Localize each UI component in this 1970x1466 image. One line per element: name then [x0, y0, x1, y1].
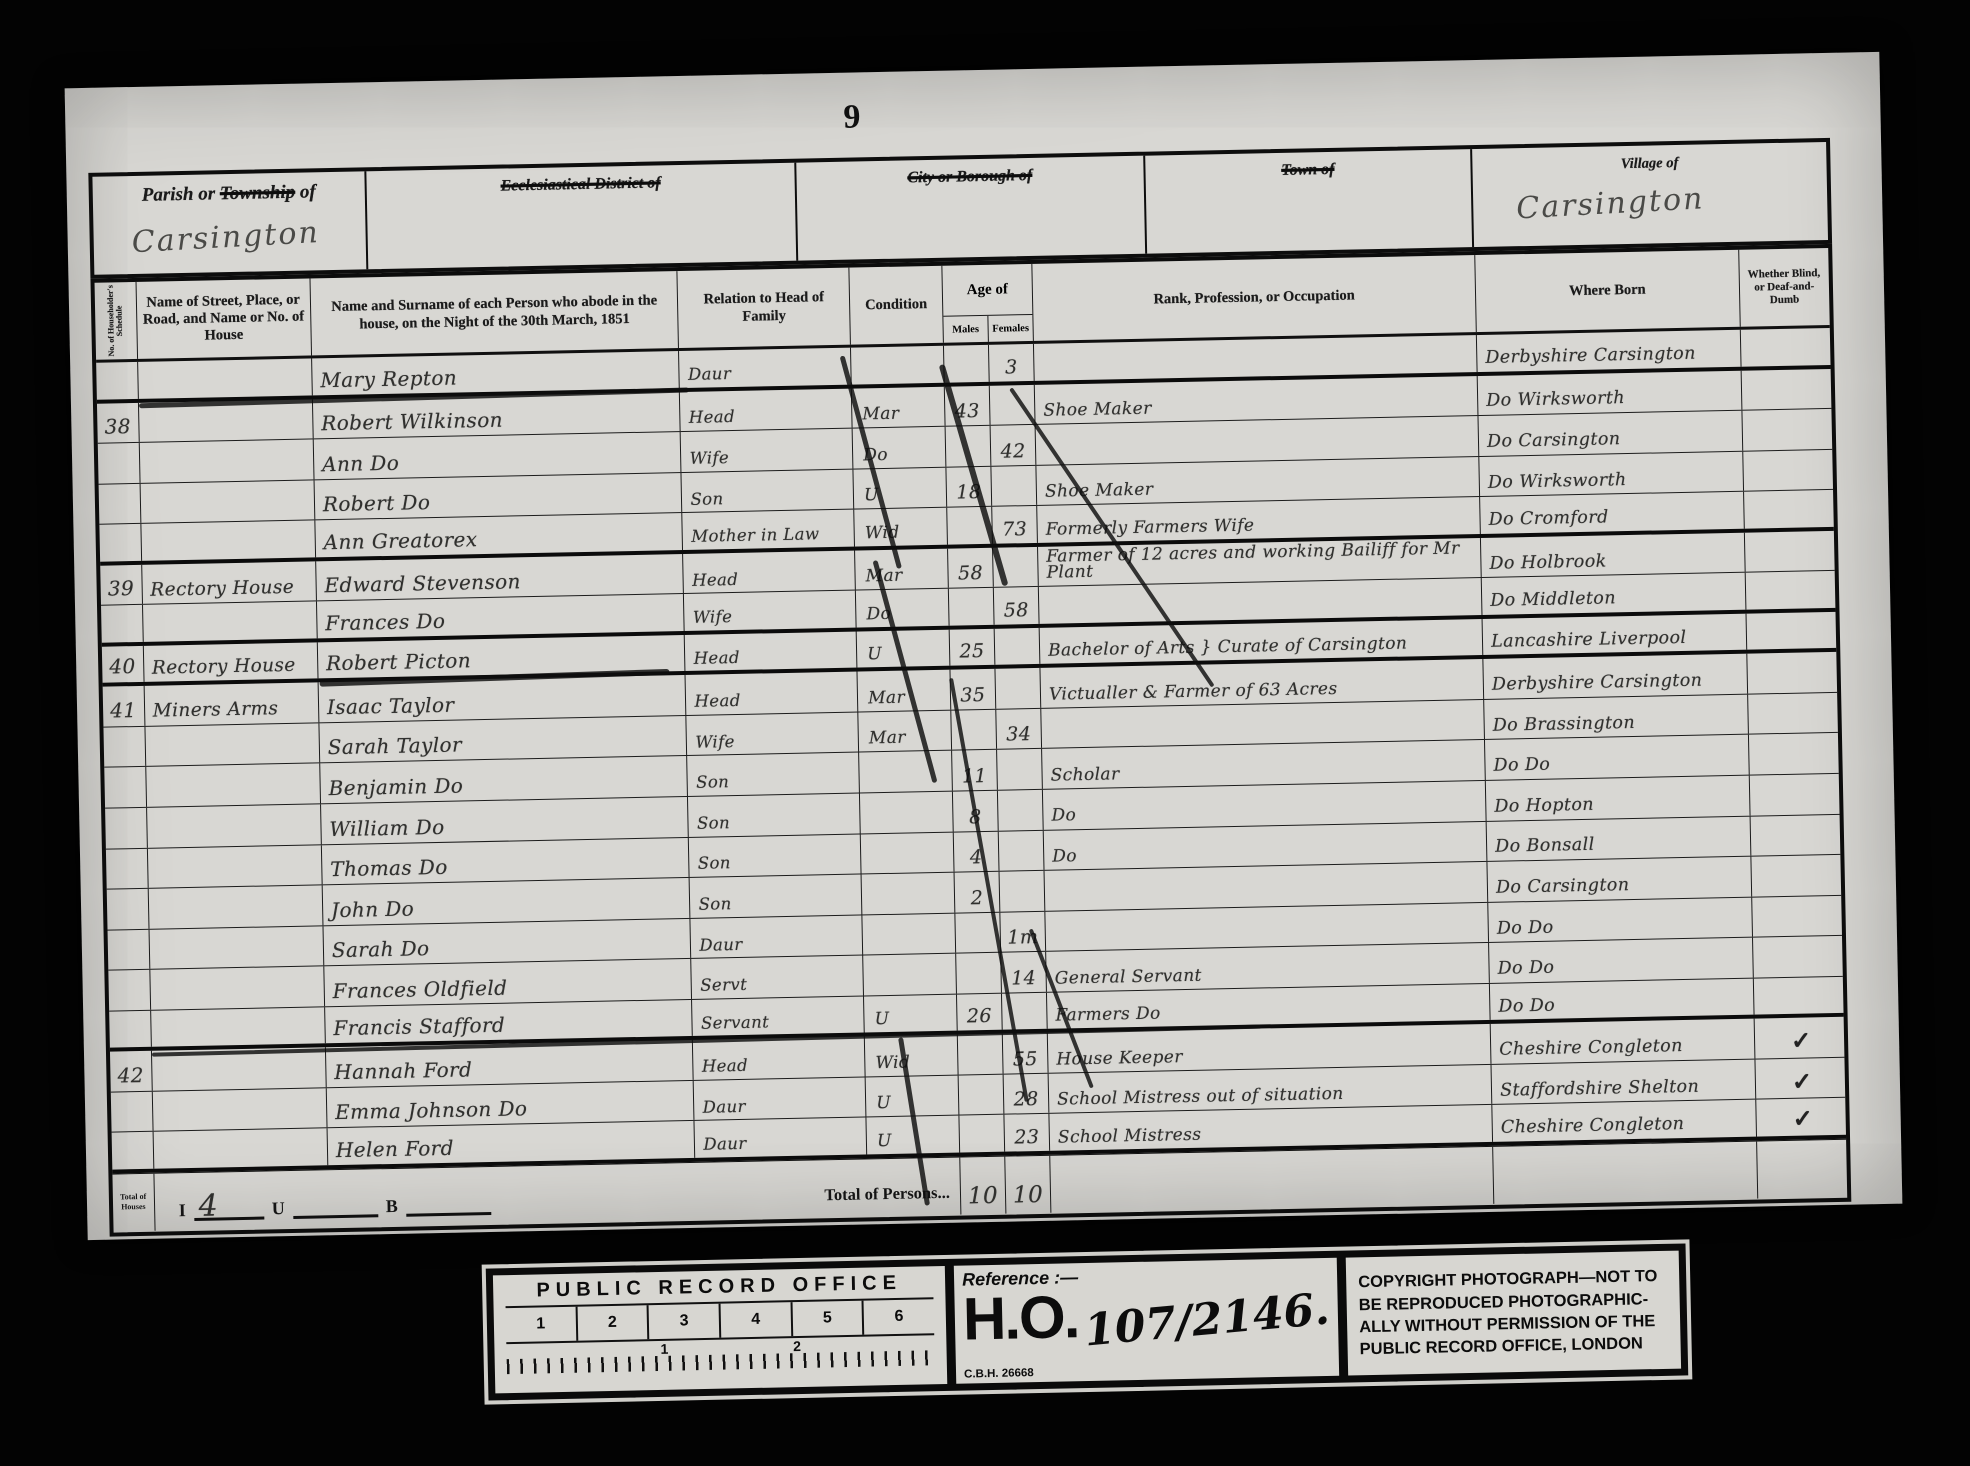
cell-condition: Do: [856, 589, 949, 627]
cell-where-born: Do Middleton: [1482, 573, 1746, 615]
cell-schedule-number: [101, 605, 143, 642]
cell-occupation: Farmers Do: [1047, 984, 1491, 1029]
cell-occupation: Formerly Farmers Wife: [1037, 497, 1481, 542]
total-males-cell: 10: [960, 1157, 1006, 1215]
cell-schedule-number: 40: [102, 646, 144, 683]
cell-condition: Mar: [852, 386, 946, 427]
cell-person-name: Emma Johnson Do: [327, 1081, 695, 1128]
cell-street-or-house: [151, 1007, 326, 1047]
column-header-name: Name and Surname of each Person who abod…: [310, 271, 679, 355]
cell-schedule-number: [112, 1132, 154, 1169]
cell-person-name: John Do: [323, 878, 691, 925]
cell-schedule-number: 41: [103, 686, 145, 726]
cell-occupation: [1039, 578, 1483, 623]
cell-condition: Wid: [865, 1035, 959, 1076]
cell-condition: Mar: [858, 711, 952, 752]
total-females-cell: 10: [1005, 1156, 1051, 1214]
cell-relation-to-head: Servt: [692, 956, 864, 999]
cell-street-or-house: [148, 885, 323, 928]
cell-relation-to-head: Mother in Law: [683, 510, 855, 550]
town-label: Town of: [1281, 161, 1335, 179]
cell-condition: [862, 873, 956, 914]
cell-age-male: 26: [957, 993, 1003, 1030]
ruler-inch-number: 1: [660, 1341, 668, 1357]
cell-person-name: Robert Do: [314, 473, 682, 520]
cell-schedule-number: [103, 727, 145, 767]
cell-condition: [861, 832, 955, 873]
cell-where-born: Do Do: [1490, 978, 1754, 1020]
cell-schedule-number: [108, 929, 150, 969]
total-females-value: 10: [1013, 1185, 1044, 1207]
cell-person-name: Frances Oldfield: [324, 959, 692, 1006]
cell-where-born: Do Do: [1488, 897, 1752, 942]
reference-box: Reference :— H.O. 107/2146. C.B.H. 26668: [954, 1258, 1339, 1384]
cell-relation-to-head: Son: [690, 875, 862, 918]
cell-schedule-number: 38: [97, 402, 139, 442]
cell-where-born: Derbyshire Carsington: [1483, 654, 1747, 699]
ruler-tick-marks: [507, 1350, 935, 1374]
cell-relation-to-head: Head: [685, 631, 857, 671]
cell-street-or-house: [143, 602, 318, 642]
cell-age-female: 73: [992, 506, 1038, 543]
column-header-age-group: Age of Males Females: [942, 264, 1034, 343]
cell-age-male: [959, 1075, 1005, 1115]
cell-relation-to-head: Son: [688, 753, 860, 796]
ruler-inch-number: 2: [793, 1338, 801, 1354]
pro-office-ruler-box: PUBLIC RECORD OFFICE 1 2 3 4 5 6 1 2: [493, 1266, 947, 1393]
cell-age-male: [944, 345, 990, 382]
cell-relation-to-head: Head: [686, 672, 858, 715]
cell-relation-to-head: Head: [693, 1037, 865, 1080]
cell-street-or-house: [152, 1088, 327, 1131]
uninhabited-label: U: [272, 1198, 285, 1219]
cell-age-male: 58: [948, 548, 994, 588]
parish-label: Parish or Township of: [142, 181, 316, 205]
census-sheet-photo: 9 Parish or Township of Carsington Eccle…: [65, 52, 1903, 1240]
ruler-cm-number: 4: [721, 1302, 793, 1337]
cell-blind-deaf-mark: [1743, 450, 1833, 491]
column-header-schedule: No. of Householder's Schedule: [95, 282, 138, 360]
enumeration-table: No. of Householder's Schedule Name of St…: [90, 244, 1851, 1237]
city-borough-label: City or Borough of: [907, 167, 1032, 187]
cell-person-name: Thomas Do: [322, 838, 690, 885]
cell-schedule-number: [98, 443, 140, 483]
cell-condition: U: [854, 467, 948, 508]
cell-street-or-house: [153, 1129, 328, 1169]
ecclesiastical-district-box: Ecclesiastical District of: [366, 163, 798, 270]
cell-relation-to-head: Wife: [684, 591, 856, 631]
cell-schedule-number: [105, 808, 147, 848]
cell-schedule-number: [96, 362, 138, 399]
cell-where-born: Lancashire Liverpool: [1483, 614, 1747, 656]
cell-schedule-number: [99, 524, 141, 561]
cell-street-or-house: [150, 967, 325, 1010]
village-box: Village of Carsington: [1472, 142, 1828, 247]
total-blind-cell: [1757, 1140, 1847, 1199]
cell-blind-deaf-mark: [1748, 693, 1838, 734]
parish-value-handwritten: Carsington: [131, 215, 321, 260]
cell-blind-deaf-mark: ✓: [1754, 1017, 1844, 1058]
cell-street-or-house: [148, 845, 323, 888]
cell-person-name: Ann Greatorex: [315, 513, 683, 557]
cell-age-female: [1000, 871, 1046, 911]
cell-relation-to-head: Daur: [695, 1118, 867, 1158]
cell-street-or-house: [140, 480, 315, 523]
cell-blind-deaf-mark: [1742, 409, 1832, 450]
cell-age-male: [949, 588, 995, 625]
ruler-cm-number: 2: [577, 1305, 649, 1340]
cell-street-or-house: [146, 764, 321, 807]
cell-age-female: 55: [1003, 1033, 1049, 1073]
building-label: B: [386, 1196, 398, 1217]
cell-occupation: School Mistress: [1049, 1105, 1493, 1150]
ruler-cm-number: 1: [506, 1307, 578, 1342]
cell-street-or-house: [139, 439, 314, 482]
cell-person-name: Edward Stevenson: [316, 554, 684, 601]
cell-age-male: [959, 1115, 1005, 1152]
ecclesiastical-district-label: Ecclesiastical District of: [500, 174, 660, 194]
column-header-occupation: Rank, Profession, or Occupation: [1032, 255, 1476, 341]
page-number: 9: [843, 98, 862, 136]
cell-street-or-house: Rectory House: [143, 642, 318, 682]
cell-blind-deaf-mark: [1750, 814, 1840, 855]
column-header-where-born: Where Born: [1475, 250, 1740, 332]
cell-where-born: Do Hopton: [1486, 776, 1750, 821]
cell-condition: Wid: [854, 508, 947, 546]
cell-condition: Mar: [855, 548, 949, 589]
cell-occupation: Bachelor of Arts } Curate of Carsington: [1040, 619, 1484, 664]
cell-age-female: 23: [1004, 1114, 1050, 1151]
cell-age-male: [956, 953, 1002, 993]
cell-relation-to-head: Head: [680, 388, 852, 431]
village-value-handwritten: Carsington: [1515, 181, 1705, 226]
cell-age-female: 58: [994, 587, 1040, 624]
cell-relation-to-head: Son: [688, 794, 860, 837]
cell-person-name: Frances Do: [317, 594, 685, 638]
reference-series: H.O.: [962, 1290, 1078, 1346]
cell-where-born: Derbyshire Carsington: [1477, 330, 1741, 372]
cell-where-born: Staffordshire Shelton: [1492, 1059, 1756, 1104]
cell-where-born: Do Wirksworth: [1479, 451, 1743, 496]
cell-schedule-number: [99, 484, 141, 524]
cell-relation-to-head: Daur: [679, 348, 851, 388]
cell-blind-deaf-mark: [1749, 733, 1839, 774]
cell-schedule-number: [111, 1092, 153, 1132]
cell-where-born: Do Wirksworth: [1478, 370, 1742, 415]
cell-occupation: [1034, 335, 1478, 380]
cell-condition: [859, 751, 953, 792]
cell-street-or-house: [147, 804, 322, 847]
cell-street-or-house: Miners Arms: [144, 683, 319, 726]
cell-condition: [860, 792, 954, 833]
cell-blind-deaf-mark: ✓: [1755, 1058, 1845, 1099]
cell-street-or-house: Rectory House: [142, 561, 317, 604]
total-males-value: 10: [968, 1186, 999, 1208]
cell-condition: U: [864, 994, 957, 1032]
total-occupation-cell: [1050, 1147, 1494, 1213]
cell-blind-deaf-mark: [1747, 652, 1837, 693]
cell-street-or-house: [141, 521, 316, 561]
cell-age-female: 42: [991, 425, 1037, 465]
cell-where-born: Cheshire Congleton: [1491, 1019, 1755, 1064]
inhabited-value-handwritten: 4: [198, 1188, 218, 1223]
cell-where-born: Do Brassington: [1484, 695, 1748, 740]
cell-condition: [863, 913, 957, 954]
cell-where-born: Cheshire Congleton: [1492, 1100, 1756, 1142]
cell-schedule-number: [106, 848, 148, 888]
cell-blind-deaf-mark: [1741, 368, 1831, 409]
cell-street-or-house: [149, 926, 324, 969]
cell-condition: [851, 346, 944, 384]
cell-relation-to-head: Son: [689, 834, 861, 877]
cell-person-name: Sarah Taylor: [319, 716, 687, 763]
parish-box: Parish or Township of Carsington: [92, 171, 368, 274]
cell-where-born: Do Bonsall: [1487, 816, 1751, 861]
cell-blind-deaf-mark: [1753, 977, 1843, 1015]
houses-tally: I U B: [179, 1194, 491, 1221]
cell-person-name: Sarah Do: [323, 919, 691, 966]
column-header-blind-deaf: Whether Blind, or Deaf-and-Dumb: [1739, 248, 1830, 327]
total-of-persons-label: Total of Persons...: [824, 1183, 950, 1206]
column-header-condition: Condition: [850, 266, 944, 345]
column-header-relation: Relation to Head of Family: [678, 268, 851, 348]
cell-blind-deaf-mark: [1745, 531, 1835, 572]
cell-schedule-number: 42: [110, 1051, 152, 1091]
cell-age-female: [997, 749, 1043, 789]
cell-where-born: Do Carsington: [1479, 411, 1743, 456]
cell-schedule-number: [108, 970, 150, 1010]
cell-schedule-number: [109, 1011, 151, 1048]
cell-where-born: Do Do: [1485, 735, 1749, 780]
ruler-cm-number: 3: [649, 1304, 721, 1339]
column-header-age-of: Age of: [942, 264, 1032, 317]
cell-schedule-number: [104, 767, 146, 807]
cell-age-female: [991, 466, 1037, 506]
cell-relation-to-head: Wife: [681, 429, 853, 472]
cell-relation-to-head: Daur: [694, 1077, 866, 1120]
ruler-cm-number: 6: [864, 1299, 934, 1334]
pro-reference-stamp: PUBLIC RECORD OFFICE 1 2 3 4 5 6 1 2 Ref…: [482, 1239, 1693, 1404]
cell-person-name: Helen Ford: [327, 1121, 695, 1165]
column-header-males: Males: [943, 316, 989, 343]
cell-age-female: 3: [989, 344, 1035, 381]
cell-relation-to-head: Head: [684, 550, 856, 593]
cell-age-male: 25: [950, 629, 996, 666]
cell-person-name: Francis Stafford: [325, 1000, 693, 1044]
cell-blind-deaf-mark: [1745, 571, 1835, 609]
cell-blind-deaf-mark: [1746, 612, 1836, 650]
cell-age-female: [995, 668, 1041, 708]
cell-schedule-number: 39: [100, 565, 142, 605]
cell-blind-deaf-mark: [1749, 774, 1839, 815]
cbh-code: C.B.H. 26668: [964, 1367, 1034, 1380]
cell-age-female: [998, 790, 1044, 830]
cell-blind-deaf-mark: ✓: [1756, 1098, 1846, 1136]
ruler-cm-number: 5: [792, 1301, 864, 1336]
cell-condition: [863, 954, 957, 995]
cell-schedule-number: [107, 889, 149, 929]
cell-age-female: 34: [996, 709, 1042, 749]
cell-blind-deaf-mark: [1740, 328, 1830, 366]
cell-age-male: [958, 1034, 1004, 1074]
cell-blind-deaf-mark: [1753, 936, 1843, 977]
village-label: Village of: [1621, 155, 1679, 172]
cell-age-female: [995, 628, 1041, 665]
cell-relation-to-head: Daur: [691, 915, 863, 958]
cell-where-born: Do Cromford: [1480, 492, 1744, 534]
cell-street-or-house: [138, 358, 313, 398]
town-box: Town of: [1145, 149, 1475, 254]
copyright-notice-box: COPYRIGHT PHOTOGRAPH—NOT TO BE REPRODUCE…: [1346, 1251, 1681, 1376]
city-borough-box: City or Borough of: [796, 156, 1146, 261]
column-header-females: Females: [988, 315, 1033, 342]
reference-piece-number: 107/2146.: [1083, 1283, 1332, 1356]
cell-street-or-house: [145, 723, 320, 766]
cell-age-female: [999, 830, 1045, 870]
inhabited-label: I: [179, 1200, 186, 1221]
cell-person-name: Ann Do: [314, 432, 682, 479]
total-of-houses-label: Total of Houses: [112, 1174, 155, 1232]
column-header-street: Name of Street, Place, or Road, and Name…: [136, 278, 312, 358]
cell-blind-deaf-mark: [1752, 895, 1842, 936]
total-born-cell: [1493, 1142, 1758, 1204]
cell-where-born: Do Holbrook: [1481, 532, 1745, 577]
cell-age-male: 11: [952, 750, 998, 790]
cell-where-born: Do Carsington: [1488, 857, 1752, 902]
cell-relation-to-head: Son: [682, 469, 854, 512]
cell-relation-to-head: Servant: [693, 996, 865, 1036]
cell-blind-deaf-mark: [1744, 490, 1834, 528]
cell-relation-to-head: Wife: [687, 712, 859, 755]
cell-where-born: Do Do: [1489, 938, 1753, 983]
cell-person-name: Benjamin Do: [320, 756, 688, 803]
cell-person-name: William Do: [321, 797, 689, 844]
cell-blind-deaf-mark: [1751, 855, 1841, 896]
